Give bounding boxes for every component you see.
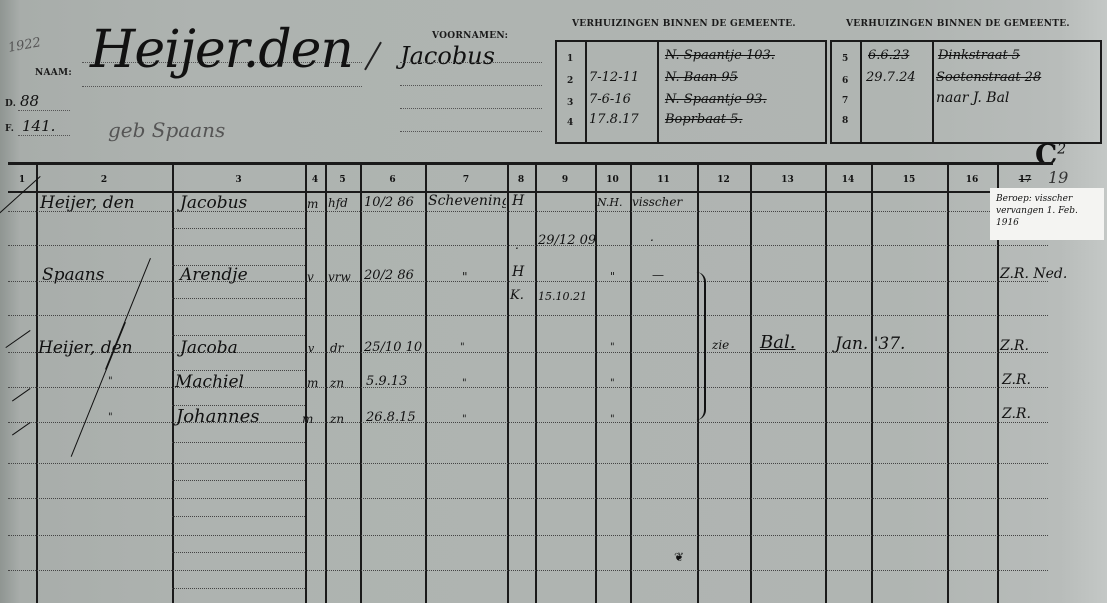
col-header: 6 xyxy=(360,175,425,185)
bracket-note-date: Jan. '37. xyxy=(835,334,905,354)
col-header: 3 xyxy=(172,175,305,185)
corner-mark: C2 xyxy=(1035,138,1066,171)
naam-rule-2 xyxy=(82,86,362,87)
corner-year: 19 xyxy=(1048,168,1068,187)
strike-mark xyxy=(5,330,30,348)
move-row: 5 6.6.23 Dinkstraat 5 xyxy=(832,48,1098,70)
d-value: 88 xyxy=(20,92,39,110)
voornamen-value: Jacobus xyxy=(400,42,495,70)
col-header: 15 xyxy=(871,175,947,185)
voornamen-rule-3 xyxy=(400,108,542,109)
col-header: 13 xyxy=(750,175,825,185)
naam-value: Heijer.den xyxy=(90,20,353,80)
card-number: 1922 xyxy=(7,35,42,56)
strike-mark xyxy=(12,422,31,435)
f-rule xyxy=(18,135,70,136)
voornamen-rule-2 xyxy=(400,85,542,86)
move-row: 3 7-6-16 N. Spaantje 93. xyxy=(557,92,823,114)
bracket-note-name: Bal. xyxy=(760,332,795,353)
population-register-card: 1922 NAAM: Heijer.den D. 88 F. 141. geb … xyxy=(0,0,1107,603)
col-header: 2 xyxy=(36,175,172,185)
col-header: 8 xyxy=(507,175,535,185)
moves-right-title: VERHUIZINGEN BINNEN DE GEMEENTE. xyxy=(846,19,1070,29)
voornamen-rule-4 xyxy=(400,131,542,132)
d-label: D. xyxy=(5,99,16,109)
moves-left-title: VERHUIZINGEN BINNEN DE GEMEENTE. xyxy=(572,19,796,29)
col-header: 9 xyxy=(535,175,595,185)
col-header: 4 xyxy=(305,175,325,185)
strike-mark xyxy=(12,388,31,401)
col-header: 17 xyxy=(1005,175,1045,185)
move-row: 7 naar J. Bal xyxy=(832,90,1098,112)
geb-note: geb Spaans xyxy=(108,118,225,142)
col-header: 12 xyxy=(697,175,750,185)
move-row: 2 7-12-11 N. Baan 95 xyxy=(557,70,823,92)
move-row: 8 xyxy=(832,110,1098,132)
col-header: 7 xyxy=(425,175,507,185)
f-value: 141. xyxy=(22,117,55,135)
col-header: 11 xyxy=(630,175,697,185)
move-row: 6 29.7.24 Soetenstraat 28 xyxy=(832,70,1098,92)
move-row: 1 N. Spaantje 103. xyxy=(557,48,823,70)
table-top-border xyxy=(8,162,1053,165)
bracket-note-prefix: zie xyxy=(712,338,729,352)
d-rule xyxy=(18,110,70,111)
col-header: 5 xyxy=(325,175,360,185)
naam-label: NAAM: xyxy=(35,68,72,78)
bracket xyxy=(694,272,706,420)
voornamen-label: VOORNAMEN: xyxy=(432,31,508,41)
col-header: 14 xyxy=(825,175,871,185)
col-header: 10 xyxy=(595,175,630,185)
col-header: 16 xyxy=(947,175,997,185)
move-row: 4 17.8.17 Boprbaat 5. xyxy=(557,112,823,134)
voornamen-rule-1 xyxy=(400,62,542,63)
strike-mark xyxy=(0,176,41,240)
ink-stamp-icon: ❦ xyxy=(674,550,684,564)
slash-mark xyxy=(364,42,382,71)
f-label: F. xyxy=(5,124,14,134)
